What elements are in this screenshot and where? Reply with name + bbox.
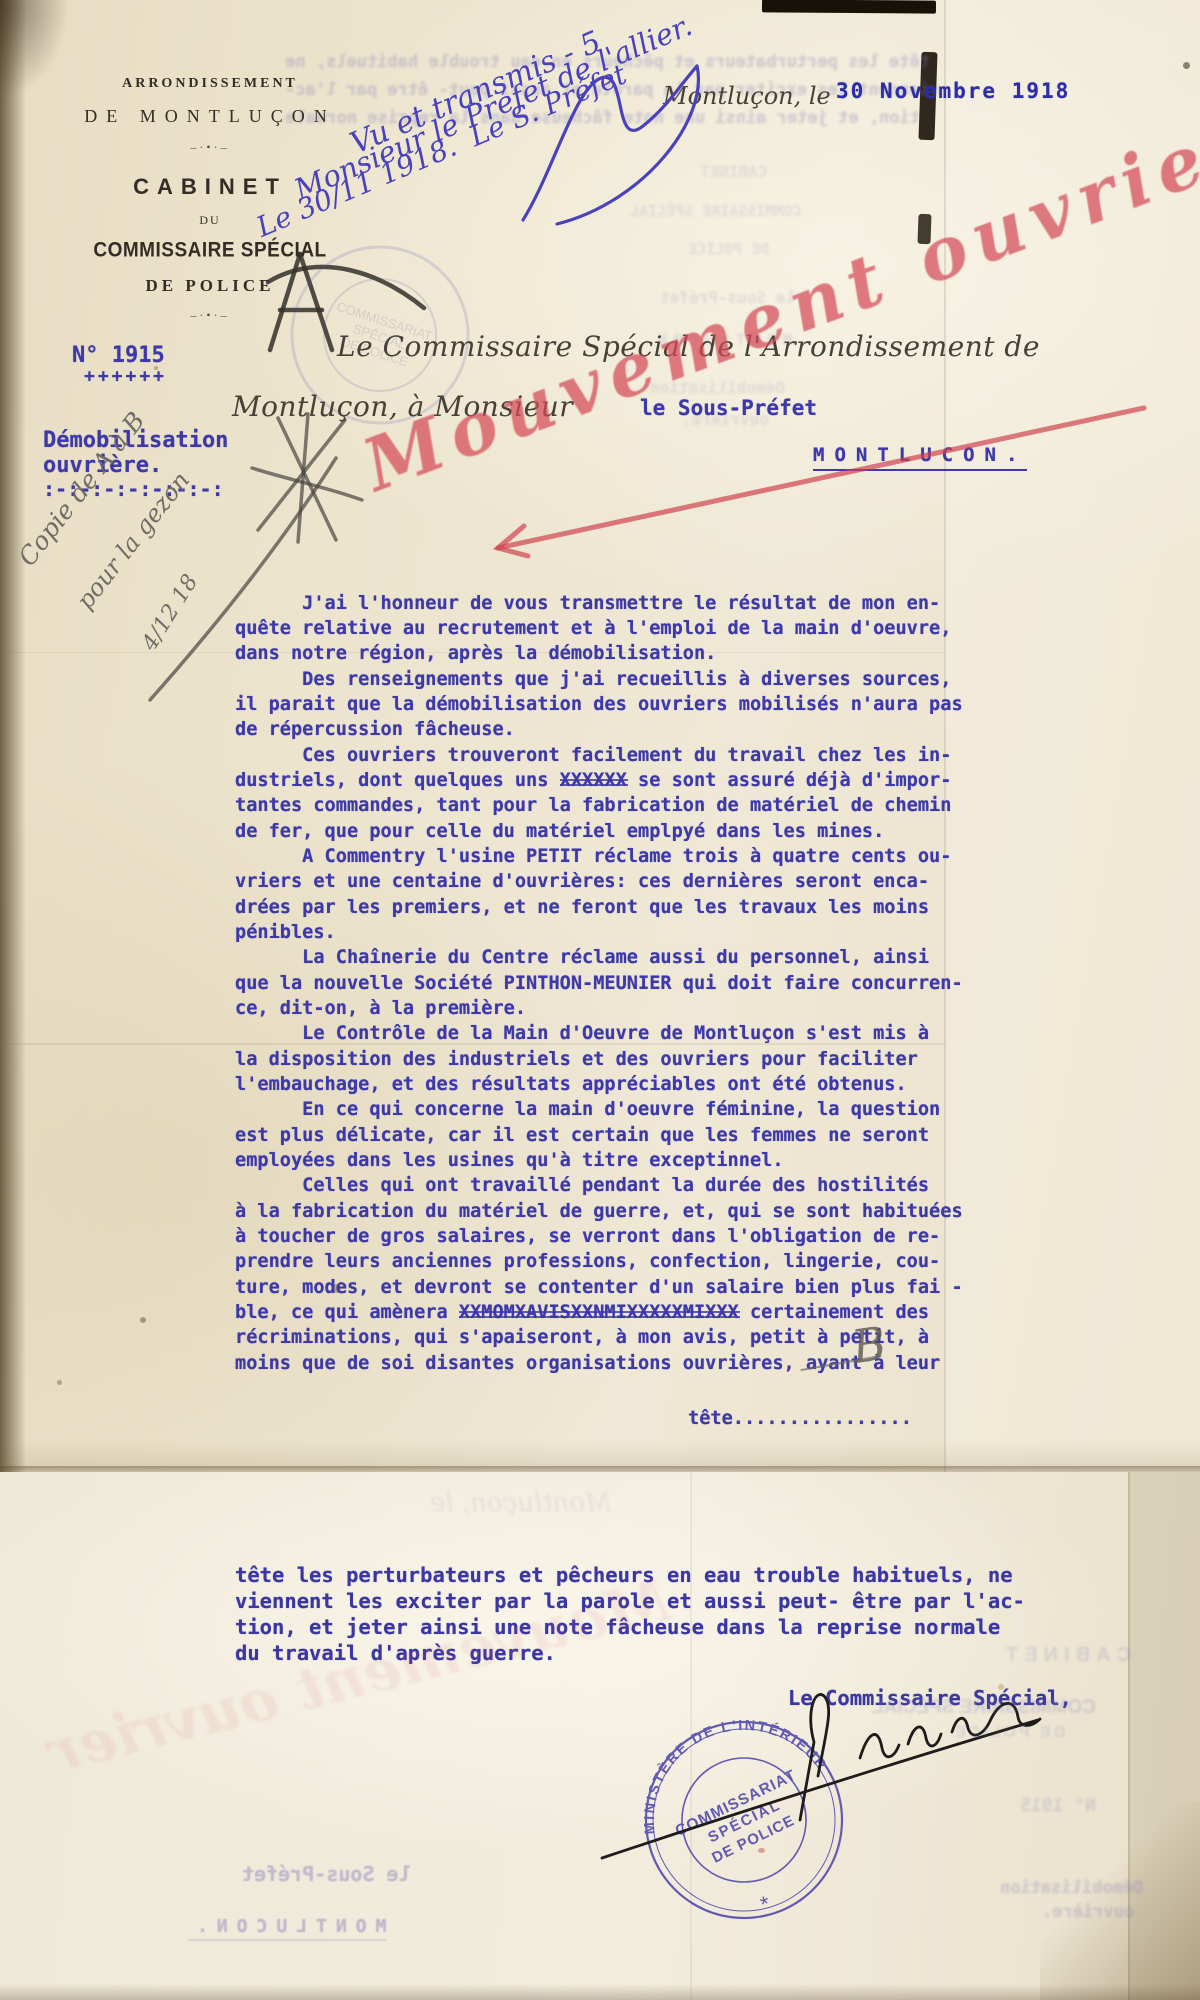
ghost-montlucon: MONTLUCON. <box>188 1916 386 1941</box>
svg-text:*: * <box>758 1891 773 1917</box>
letterhead-cabinet: CABINET <box>110 174 310 200</box>
body-line: il parait que la démobilisation des ouvr… <box>235 694 963 715</box>
paper-stain <box>57 1380 62 1385</box>
body-line: Ces ouvriers trouveront facilement du tr… <box>235 745 951 766</box>
letterhead-ornament-top: –·•·– <box>150 140 270 155</box>
bottom-edge-shadow <box>0 1984 1200 2000</box>
body-line: est plus délicate, car il est certain qu… <box>235 1125 929 1146</box>
body-line: prendre leurs anciennes professions, con… <box>235 1251 940 1272</box>
overstrike-bar <box>560 779 628 781</box>
top-right-black-bar <box>762 0 936 14</box>
body-line: Des renseignements que j'ai recueillis à… <box>235 669 951 690</box>
body-line: vriers et une centaine d'ouvrières: ces … <box>235 871 929 892</box>
top-left-corner-shadow <box>0 0 70 100</box>
ghost-text: CABINET <box>1000 1644 1131 1667</box>
body-line: à toucher de gros salaires, se verront d… <box>235 1226 940 1247</box>
body-line: ture, modes, et devront se contenter d'u… <box>235 1277 963 1298</box>
letter-number-plus-row: ++++++ <box>84 366 167 387</box>
ghost-text: Démobilisation <box>1000 1878 1143 1898</box>
body-line: la disposition des industriels et des ou… <box>235 1049 918 1070</box>
dateline-date-stamp: 30 Novembre 1918 <box>836 79 1070 103</box>
letter-number: N° 1915 <box>72 343 165 368</box>
left-paper-edge <box>0 0 26 1472</box>
overstrike-bar <box>459 1316 740 1318</box>
page-1: tête les perturbateurs et pêcheurs en ea… <box>0 0 1200 1472</box>
ghost-text: Montluçon, le <box>430 1488 612 1518</box>
body-line: J'ai l'honneur de vous transmettre le ré… <box>235 593 940 614</box>
body-line: de répercussion fâcheuse. <box>235 719 515 740</box>
pencil-b-mark: B <box>848 1316 889 1374</box>
body-line: employées dans les usines qu'à titre exc… <box>235 1150 784 1171</box>
letterhead-arrondissement: ARRONDISSEMENT <box>105 76 315 92</box>
body-line: La Chaînerie du Centre réclame aussi du … <box>235 947 929 968</box>
body-line: dans notre région, après la démobilisati… <box>235 643 716 664</box>
ghost-sous-prefet: le Sous-Préfet <box>242 1862 411 1886</box>
body-line: l'embauchage, et des résultats appréciab… <box>235 1074 907 1095</box>
paper-stain <box>1183 62 1190 69</box>
body-line: de fer, que pour celle du matériel emplp… <box>235 821 884 842</box>
overstrike-bar <box>459 1311 740 1313</box>
ghost-text: N° 1915 <box>1020 1795 1096 1816</box>
body-line: A Commentry l'usine PETIT réclame trois … <box>235 846 951 867</box>
ghost-text: DE POLICE <box>952 1724 1065 1742</box>
pencil-scribbles <box>140 410 370 710</box>
blue-signature <box>495 22 715 242</box>
body-line: que la nouvelle Société PINTHON-MEUNIER … <box>235 973 963 994</box>
ghost-text: ouvrière. <box>1042 1902 1134 1922</box>
ghost-text: DE POLICE <box>688 240 769 258</box>
letterhead-de-montlucon: DE MONTLUÇON <box>70 106 350 127</box>
ghost-text: COMMISSAIRE SPÉCIAL <box>872 1697 1096 1719</box>
body-line: drées par les premiers, et ne feront que… <box>235 897 929 918</box>
body-line: pénibles. <box>235 922 336 943</box>
body-line: quête relative au recrutement et à l'emp… <box>235 618 951 639</box>
letterhead-ornament-bottom: –·•·– <box>150 308 270 323</box>
page-2: Montluçon, le tête les perturbateurs et … <box>0 1472 1200 2000</box>
red-underline-arrow <box>468 392 1168 567</box>
overstrike-bar <box>560 784 628 786</box>
body-line: à la fabrication du matériel de guerre, … <box>235 1201 963 1222</box>
tete-hanging-line: tête................ <box>688 1408 912 1429</box>
body-line: tantes commandes, tant pour la fabricati… <box>235 795 951 816</box>
body-line: récriminations, qui s'apaiseront, à mon … <box>235 1327 929 1348</box>
paper-stain <box>140 1317 146 1323</box>
body-line: Le Contrôle de la Main d'Oeuvre de Montl… <box>235 1023 929 1044</box>
body-line: Celles qui ont travaillé pendant la duré… <box>235 1175 929 1196</box>
scanned-letter: tête les perturbateurs et pêcheurs en ea… <box>0 0 1200 2000</box>
body-line: En ce qui concerne la main d'oeuvre fémi… <box>235 1099 940 1120</box>
body-line: ce, dit-on, à la première. <box>235 998 526 1019</box>
